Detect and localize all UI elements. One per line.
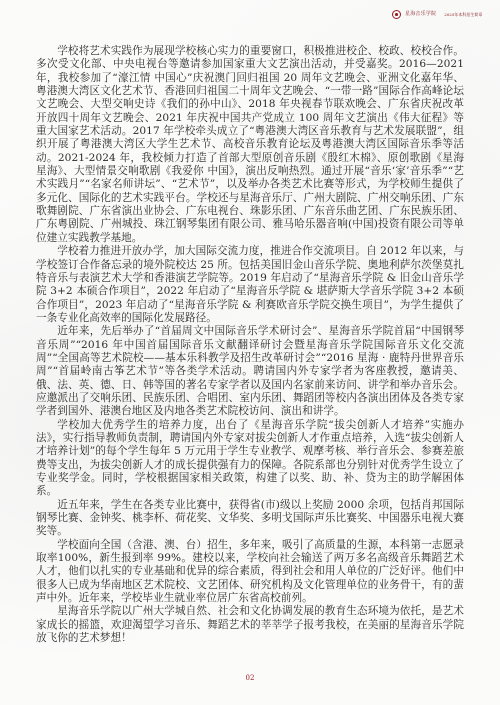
paragraph-admissions: 学校面向全国（含港、澳、台）招生，多年来，吸引了高质量的生源，本科第一志愿录取率… bbox=[36, 539, 464, 606]
paragraph-international-exchange: 学校着力推进开放办学，加大国际交流力度，推进合作交流项目。自 2012 年以来，… bbox=[36, 245, 464, 325]
page-number: 02 bbox=[0, 674, 500, 682]
paragraph-closing: 星海音乐学院以广州大学城自然、社会和文化协调发展的教育生态环境为依托，是艺术家成… bbox=[36, 605, 464, 645]
paragraph-competition-awards: 近五年来，学生在各类专业比赛中，获得省(市)级以上奖励 2000 余项，包括肖邦… bbox=[36, 499, 464, 539]
document-page: 星海音乐学院 2025年本科招生简章 学校将艺术实践作为展现学校核心实力的重要窗… bbox=[0, 0, 500, 705]
brochure-subtitle: 2025年本科招生简章 bbox=[444, 13, 482, 17]
school-emblem-icon bbox=[392, 10, 401, 19]
paragraph-talent-cultivation: 学校加大优秀学生的培养力度，出台了《星海音乐学院“拔尖创新人才培养”实施办法》，… bbox=[36, 419, 464, 499]
paragraph-academic-activities: 近年来，先后举办了“首届周文中国际音乐学术研讨会”、星海音乐学院首届“中国钢琴音… bbox=[36, 325, 464, 418]
header-logo: 星海音乐学院 2025年本科招生简章 bbox=[392, 10, 482, 19]
body-text: 学校将艺术实践作为展现学校核心实力的重要窗口，积极推进校企、校政、校校合作。多次… bbox=[36, 45, 464, 645]
school-name: 星海音乐学院 bbox=[405, 12, 436, 17]
paragraph-art-practice: 学校将艺术实践作为展现学校核心实力的重要窗口，积极推进校企、校政、校校合作。多次… bbox=[36, 45, 464, 245]
